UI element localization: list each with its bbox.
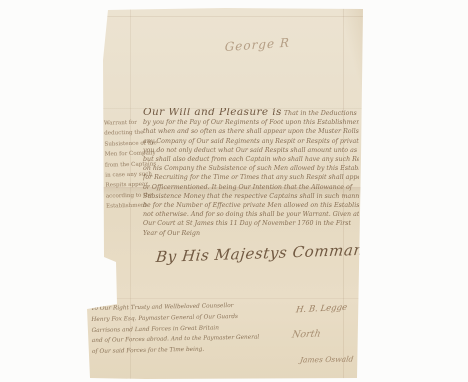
manuscript-document: George R Warrant for deducting the Subsi… [85,8,365,380]
body-line: or Officermentioned. It being Our Intent… [143,183,359,192]
body-line: be for the Number of Effective private M… [143,201,359,210]
body-line: by you for the Pay of Our Regiments of F… [143,118,359,127]
body-line: for Recruiting for the Time or Times tha… [143,173,359,182]
body-line: any Company of Our said Regiments any Re… [143,137,359,146]
photo-background: George R Warrant for deducting the Subsi… [0,0,468,382]
body-line: Our Court at St James this 11 Day of Nov… [143,219,359,228]
body-text: Our Will and Pleasure is That in the Ded… [143,108,359,238]
body-line: but shall also deduct from each Captain … [143,155,359,164]
body-line-text: That in the Deductions to be made out [284,110,359,117]
body-line: that when and so often as there shall ap… [143,127,359,136]
signature-north: North [291,328,321,340]
body-line: Year of Our Reign [143,229,359,238]
signature-legge: H. B. Legge [295,303,347,316]
address-block: To Our Right Trusty and Wellbeloved Coun… [91,300,292,358]
body-line: not otherwise. And for so doing this sha… [143,210,359,219]
royal-signature-george-r: George R [225,35,291,54]
body-opening-phrase: Our Will and Pleasure is [143,108,282,118]
signature-block: H. B. Legge North James Oswald [290,302,365,372]
body-line: you do not only deduct what Our said Res… [143,146,359,155]
fold-crease-lower [85,298,365,299]
body-line: Subsistence Money that the respective Ca… [143,192,359,201]
command-line: By His Majestys Command [155,241,359,266]
body-line: on his Company the Subsistence of such M… [143,164,359,173]
body-line: Our Will and Pleasure is That in the Ded… [143,108,359,118]
fold-crease-top [85,16,365,17]
signature-oswald: James Oswald [299,355,353,365]
